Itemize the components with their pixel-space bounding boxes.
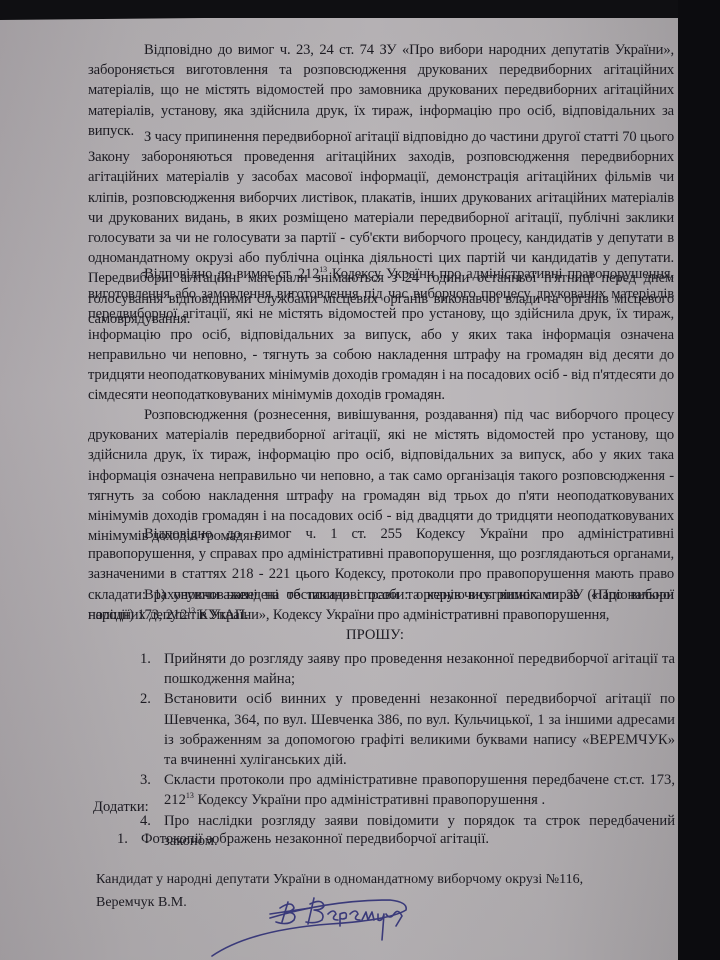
paragraph-text: Відповідно до вимог ст. 212 bbox=[144, 266, 319, 282]
item-text: Фотокопії зображень незаконної передвибо… bbox=[141, 831, 489, 847]
request-item: 3. Скласти протоколи про адміністративне… bbox=[140, 770, 675, 810]
paragraph-text: Враховуючи наведені обставини справи та … bbox=[88, 587, 674, 623]
item-number: 1. bbox=[117, 829, 141, 849]
paragraph-considering: Враховуючи наведені обставини справи та … bbox=[88, 585, 674, 625]
paragraph-text: Відповідно до вимог ч. 23, 24 ст. 74 ЗУ … bbox=[88, 42, 674, 139]
item-text: Встановити осіб винних у проведенні неза… bbox=[164, 691, 675, 768]
item-number: 2. bbox=[140, 689, 151, 709]
item-number: 1. bbox=[140, 649, 151, 669]
paragraph-text: Кодексу України про адміністративні прав… bbox=[88, 266, 674, 403]
superscript: 13 bbox=[319, 265, 327, 274]
paragraph-election-law: Відповідно до вимог ч. 23, 24 ст. 74 ЗУ … bbox=[88, 40, 674, 141]
item-number: 3. bbox=[140, 770, 151, 790]
request-item: 1. Прийняти до розгляду заяву про провед… bbox=[140, 649, 675, 689]
request-heading: ПРОШУ: bbox=[0, 625, 720, 645]
item-text: Кодексу України про адміністративні прав… bbox=[194, 792, 545, 808]
superscript: 13 bbox=[186, 791, 194, 800]
document-page: Відповідно до вимог ч. 23, 24 ст. 74 ЗУ … bbox=[0, 0, 720, 960]
request-list: 1. Прийняти до розгляду заяву про провед… bbox=[140, 649, 675, 851]
paragraph-article-212-13: Відповідно до вимог ст. 21213 Кодексу Ук… bbox=[88, 264, 674, 405]
attachment-item: 1.Фотокопії зображень незаконної передви… bbox=[117, 829, 489, 849]
request-item: 2. Встановити осіб винних у проведенні н… bbox=[140, 689, 675, 770]
handwritten-signature bbox=[210, 880, 460, 960]
signatory-name: Веремчук В.М. bbox=[96, 893, 187, 913]
item-text: Прийняти до розгляду заяву про проведенн… bbox=[164, 651, 675, 687]
attachments-heading: Додатки: bbox=[93, 797, 149, 817]
